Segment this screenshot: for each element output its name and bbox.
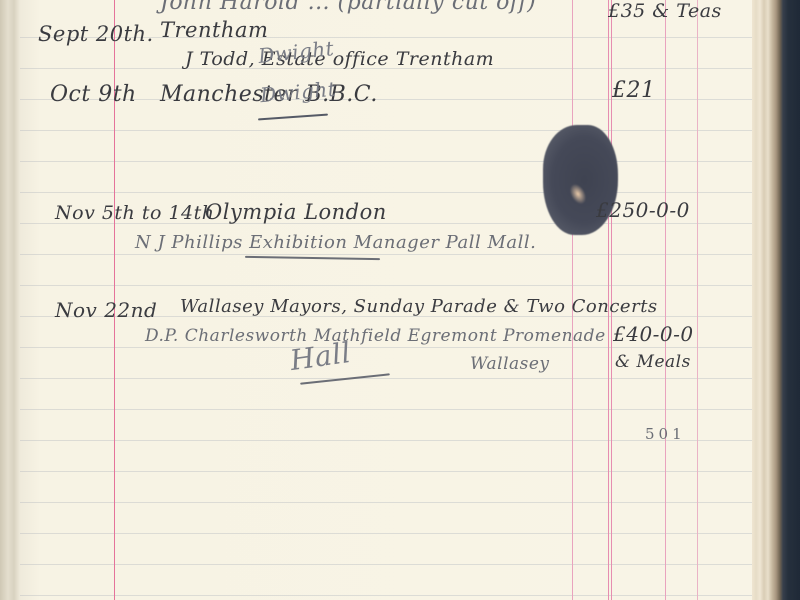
entry-4-amount-note: & Meals <box>615 352 691 372</box>
entry-1-line-1: J Todd, Estate office Trentham <box>185 48 494 70</box>
entry-3-line-1: N J Phillips Exhibition Manager Pall Mal… <box>135 232 536 253</box>
entry-4-line-0: Wallasey Mayors, Sunday Parade & Two Con… <box>180 296 658 317</box>
entry-4-line-2: Wallasey <box>470 354 550 374</box>
entry-1-date: Sept 20th. <box>38 22 154 46</box>
entry-4-amount: £40-0-0 <box>613 322 694 346</box>
column-line-3 <box>665 0 666 600</box>
entry-3-amount: £250-0-0 <box>596 198 690 222</box>
book-edge-and-cover <box>752 0 800 600</box>
entry-2-date: Oct 9th <box>50 82 137 107</box>
entry-3-line-0: Olympia London <box>205 200 387 224</box>
entry-3-date: Nov 5th to 14th <box>55 202 215 224</box>
page-total: 501 <box>645 425 686 443</box>
entry-2-amount: £21 <box>612 78 656 103</box>
column-line-4 <box>697 0 698 600</box>
entry-4-line-1: D.P. Charlesworth Mathfield Egremont Pro… <box>145 326 606 346</box>
ledger-page: John Harold ... (partially cut off) Sept… <box>0 0 760 600</box>
entry-1-amount: £35 & Teas <box>608 0 722 22</box>
entry-0-line-0: John Harold ... (partially cut off) <box>160 0 536 15</box>
entry-1-line-0: Trentham <box>160 18 268 42</box>
entry-4-date: Nov 22nd <box>55 298 157 322</box>
